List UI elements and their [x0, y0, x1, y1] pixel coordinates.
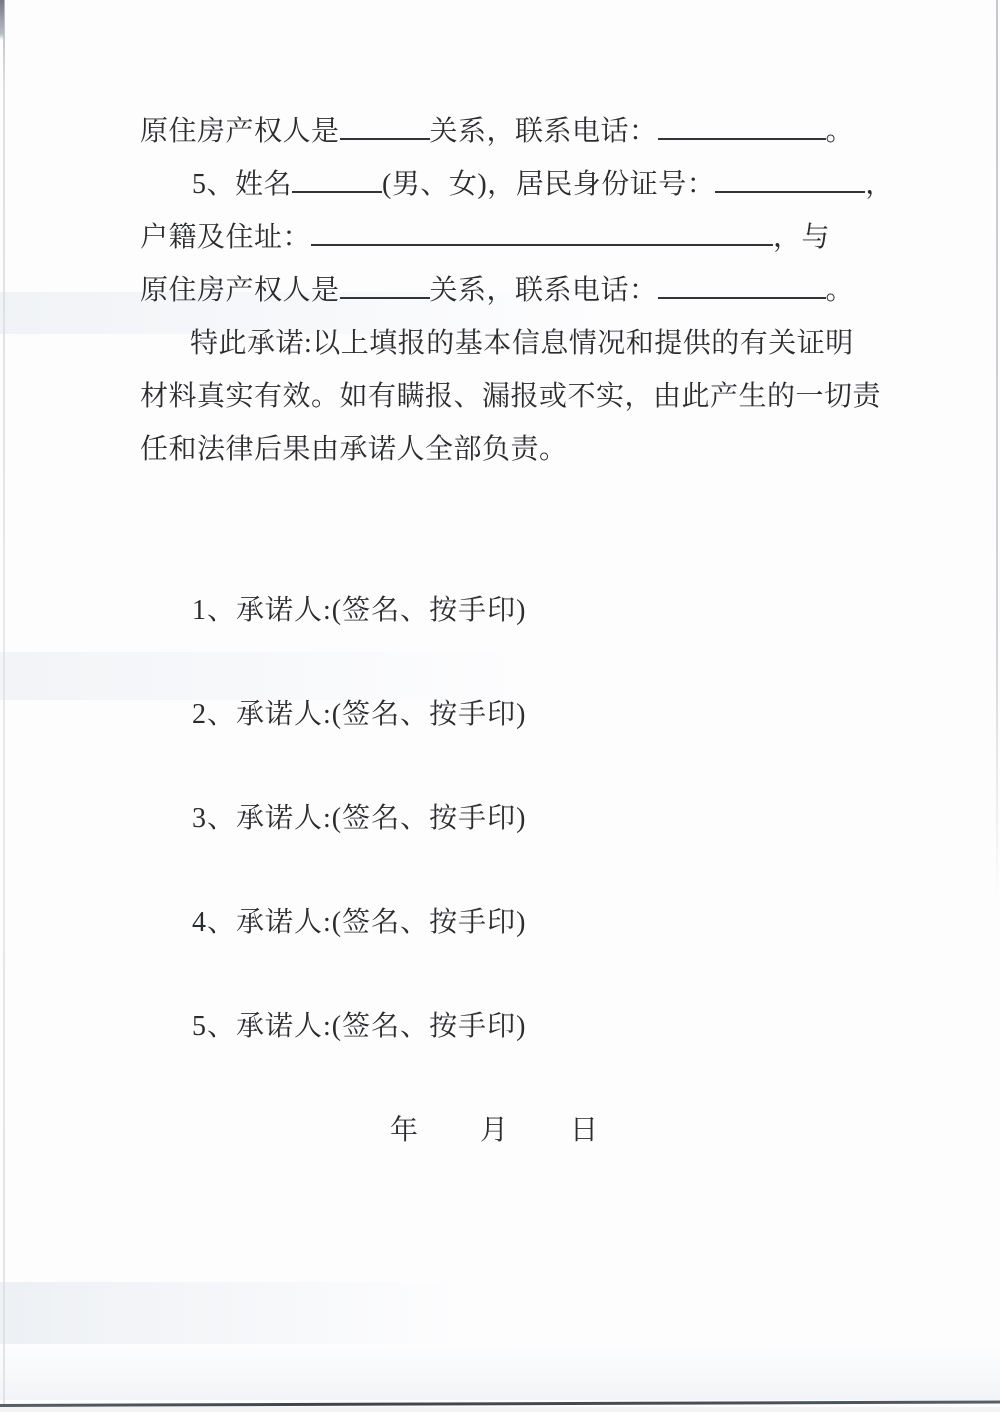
scan-shadow-band [0, 1282, 460, 1344]
relation-line-1: 原住房产权人是关系，联系电话：。 [140, 105, 860, 158]
relation-1-blank-field [340, 110, 430, 140]
pledge-line-1: 特此承诺:以上填报的基本信息情况和提供的有关证明 [140, 317, 860, 370]
relation-2-prefix: 原住房产权人是 [140, 275, 340, 306]
signer-line-1: 1、承诺人:(签名、按手印) [192, 588, 526, 622]
scanned-document-page: 原住房产权人是关系，联系电话：。 5、姓名(男、女)，居民身份证号：， 户籍及住… [0, 0, 1000, 1412]
pledge-line-2: 材料真实有效。如有瞒报、漏报或不实，由此产生的一切责 [140, 370, 860, 423]
person-5-gender-label: (男、女)， [382, 169, 516, 200]
signer-line-2: 2、承诺人:(签名、按手印) [192, 692, 526, 726]
scan-corner-mark [0, 0, 4, 40]
phone-1-blank-field [658, 110, 826, 140]
person-5-number: 5、 [192, 169, 235, 200]
relation-2-blank-field [340, 269, 430, 299]
scan-bottom-margin [0, 1407, 1000, 1412]
person-5-id-label: 居民身份证号： [516, 169, 716, 200]
relation-1-prefix: 原住房产权人是 [140, 116, 340, 147]
address-suffix: ，与 [773, 222, 830, 253]
phone-2-blank-field [658, 269, 826, 299]
form-body: 原住房产权人是关系，联系电话：。 5、姓名(男、女)，居民身份证号：， 户籍及住… [140, 105, 860, 476]
relation-1-phone-label: 关系，联系电话： [430, 116, 658, 147]
signer-line-5: 5、承诺人:(签名、按手印) [192, 1004, 526, 1038]
day-label: 日 [570, 1108, 598, 1148]
scan-shadow-band [0, 1345, 1000, 1400]
month-label: 月 [480, 1108, 508, 1148]
scan-left-edge [3, 0, 5, 1412]
address-blank-field [311, 216, 773, 246]
signer-line-3: 3、承诺人:(签名、按手印) [192, 796, 526, 830]
relation-line-2: 原住房产权人是关系，联系电话：。 [140, 264, 860, 317]
relation-1-period: 。 [826, 116, 855, 147]
person-5-comma: ， [865, 169, 894, 200]
id-blank-field [715, 163, 865, 193]
date-line: 年 月 日 [390, 1108, 598, 1148]
signer-list: 1、承诺人:(签名、按手印) 2、承诺人:(签名、按手印) 3、承诺人:(签名、… [192, 588, 526, 1108]
name-blank-field [292, 163, 382, 193]
address-label: 户籍及住址： [140, 222, 311, 253]
person-5-line: 5、姓名(男、女)，居民身份证号：， [140, 158, 860, 211]
relation-2-phone-label: 关系，联系电话： [430, 275, 658, 306]
signer-line-4: 4、承诺人:(签名、按手印) [192, 900, 526, 934]
address-line: 户籍及住址：，与 [140, 211, 860, 264]
relation-2-period: 。 [826, 275, 855, 306]
pledge-line-3: 任和法律后果由承诺人全部负责。 [140, 423, 860, 476]
person-5-name-label: 姓名 [235, 169, 292, 200]
year-label: 年 [390, 1108, 418, 1148]
scan-right-edge [996, 0, 998, 900]
